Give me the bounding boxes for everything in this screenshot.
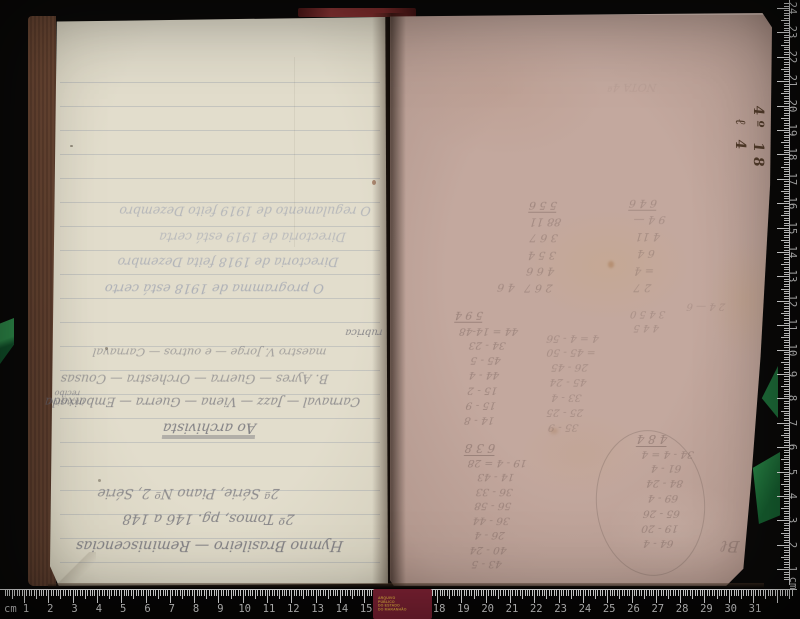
ruler-number: 8 — [786, 389, 798, 407]
ruler-tick — [104, 590, 105, 596]
ruler-tick — [187, 590, 188, 596]
paper-stain — [550, 428, 558, 434]
ruler-tick — [26, 590, 27, 596]
ruler-tick — [605, 590, 606, 596]
ruler-number: 11 — [259, 603, 279, 615]
ruler-tick — [235, 590, 236, 596]
ruler-tick — [165, 590, 166, 596]
ruler-tick — [784, 311, 790, 312]
ruler-tick — [301, 590, 302, 596]
ruler-tick — [610, 590, 611, 596]
ruler-number: 22 — [526, 603, 546, 615]
ruler-tick — [119, 590, 120, 596]
ruler-tick — [500, 590, 501, 596]
ruler-tick — [46, 590, 47, 596]
ruler-number: 7 — [162, 603, 182, 615]
ruler-tick — [437, 590, 438, 603]
ruler-tick — [206, 590, 207, 599]
ruler-tick — [714, 590, 715, 596]
ruler-tick — [556, 590, 557, 596]
ruler-number: 14 — [332, 603, 352, 615]
ruler-tick — [474, 590, 475, 599]
ruler-tick — [544, 590, 545, 596]
ruler-tick — [784, 433, 790, 434]
ruler-number: 29 — [696, 603, 716, 615]
ruler-tick — [133, 590, 134, 599]
ruler-tick — [311, 590, 312, 596]
ruler-tick — [702, 590, 703, 596]
ruler-tick — [352, 590, 353, 599]
ruler-tick — [469, 590, 470, 596]
ruler-tick — [337, 590, 338, 596]
ruler-tick — [775, 590, 776, 596]
ruler-number: 5 — [113, 603, 133, 615]
ruler-tick — [607, 590, 608, 603]
ruler-tick — [632, 590, 633, 603]
green-support-left — [0, 318, 14, 364]
ruler-tick — [299, 590, 300, 596]
ruler-number: 11 — [786, 316, 798, 334]
ruler-number: 17 — [786, 170, 798, 188]
ruler-tick — [279, 590, 280, 599]
ruler-tick — [781, 411, 790, 412]
ruler-number: 24 — [786, 0, 798, 17]
ruler-tick — [333, 590, 334, 596]
ruler-tick — [602, 590, 603, 596]
ruler-tick — [68, 590, 69, 596]
ruler-tick — [731, 590, 732, 596]
ruler-tick — [447, 590, 448, 596]
ruler-tick — [211, 590, 212, 596]
ruler-tick — [60, 590, 61, 599]
ruler-number: 20 — [786, 97, 798, 115]
ruler-tick — [559, 590, 560, 603]
ruler-tick — [471, 590, 472, 596]
ruler-tick — [576, 590, 577, 596]
gutter-shadow — [372, 13, 406, 586]
ruler-number: 27 — [648, 603, 668, 615]
ruler-number: 19 — [453, 603, 473, 615]
ruler-tick — [663, 590, 664, 596]
archive-photo-scan: O regulamento de 1919 feito DezembroDire… — [0, 0, 800, 619]
ruler-tick — [781, 264, 790, 265]
ruler-tick — [369, 590, 370, 596]
ruler-tick — [772, 590, 773, 596]
ruler-tick — [622, 590, 623, 596]
ruler-tick — [296, 590, 297, 596]
ruler-tick — [56, 590, 57, 596]
ruler-tick — [148, 590, 149, 596]
ruler-tick — [177, 590, 178, 596]
paper-stain — [608, 261, 614, 268]
ruler-tick — [274, 590, 275, 596]
ruler-tick — [328, 590, 329, 599]
ruler-tick — [781, 142, 790, 143]
ruler-tick — [286, 590, 287, 596]
right-page — [390, 13, 772, 586]
ruler-number: 7 — [786, 414, 798, 432]
ruler-tick — [668, 590, 669, 599]
ruler-tick — [291, 590, 292, 603]
ruler-tick — [717, 590, 718, 599]
ruler-tick — [347, 590, 348, 596]
page-crease — [294, 57, 295, 247]
ruler-tick — [192, 590, 193, 596]
ruler-unit-label: cm — [4, 603, 17, 615]
ruler-tick — [141, 590, 142, 596]
ruler-tick — [175, 590, 176, 596]
ruler-tick — [128, 590, 129, 596]
ruler-tick — [721, 590, 722, 596]
ruler-tick — [520, 590, 521, 596]
ruler-tick — [9, 590, 10, 596]
ruler-tick — [7, 590, 8, 596]
right-ruler: cm 2423222120191817161514131211109876543… — [769, 0, 800, 589]
ruler-tick — [765, 590, 766, 599]
ruler-tick — [585, 590, 586, 596]
ruler-tick — [289, 590, 290, 596]
ruler-tick — [644, 590, 645, 599]
ruler-tick — [284, 590, 285, 596]
ruler-tick — [94, 590, 95, 596]
ruler-tick — [155, 590, 156, 596]
ruler-tick — [22, 590, 23, 596]
ruler-tick — [255, 590, 256, 599]
ruler-tick — [483, 590, 484, 596]
ruler-tick — [658, 590, 659, 596]
ruler-tick — [308, 590, 309, 596]
ruler-tick — [784, 481, 790, 482]
ruler-number: 21 — [502, 603, 522, 615]
ruler-tick — [784, 286, 790, 287]
ruler-tick — [488, 590, 489, 596]
ruler-number: 13 — [786, 267, 798, 285]
ruler-tick — [784, 335, 790, 336]
ruler-number: 20 — [478, 603, 498, 615]
ruler-tick — [82, 590, 83, 596]
ruler-tick — [245, 590, 246, 596]
ruler-tick — [440, 590, 441, 596]
ruler-tick — [367, 590, 368, 596]
ruler-tick — [65, 590, 66, 596]
ruler-number: 4 — [89, 603, 109, 615]
ruler-tick — [124, 590, 125, 596]
ruler-number: 2 — [786, 536, 798, 554]
ruler-number: 6 — [786, 438, 798, 456]
ruler-number: 16 — [786, 194, 798, 212]
ruler-tick — [784, 164, 790, 165]
ruler-tick — [478, 590, 479, 596]
ruler-tick — [432, 590, 433, 596]
ruler-tick — [777, 590, 778, 603]
ruler-tick — [646, 590, 647, 596]
ruler-tick — [435, 590, 436, 596]
ruler-tick — [340, 590, 341, 603]
ruler-tick — [768, 590, 769, 596]
ruler-tick — [784, 140, 790, 141]
ruler-tick — [12, 590, 13, 599]
ruler-tick — [97, 590, 98, 603]
ruler-number: 1 — [16, 603, 36, 615]
ruler-tick — [342, 590, 343, 596]
ruler-tick — [685, 590, 686, 596]
ruler-number: 23 — [551, 603, 571, 615]
ruler-tick — [466, 590, 467, 596]
ruler-tick — [143, 590, 144, 596]
ruler-tick — [75, 590, 76, 596]
ruler-tick — [160, 590, 161, 596]
ruler-number: 6 — [138, 603, 158, 615]
ruler-tick — [510, 590, 511, 603]
ruler-tick — [784, 530, 790, 531]
ruler-tick — [529, 590, 530, 596]
ruler-tick — [354, 590, 355, 596]
ruler-tick — [683, 590, 684, 596]
ruler-tick — [515, 590, 516, 596]
ruler-tick — [209, 590, 210, 596]
ruler-tick — [522, 590, 523, 599]
ruler-tick — [17, 590, 18, 596]
ruler-tick — [508, 590, 509, 596]
ruler-tick — [741, 590, 742, 599]
ruler-tick — [724, 590, 725, 596]
ruler-tick — [197, 590, 198, 596]
ruler-number: 8 — [186, 603, 206, 615]
ruler-tick — [781, 313, 790, 314]
ruler-number: 21 — [786, 72, 798, 90]
ruler-tick — [617, 590, 618, 596]
ruler-tick — [588, 590, 589, 596]
ruler-tick — [666, 590, 667, 596]
ruler-tick — [323, 590, 324, 596]
ruler-tick — [781, 69, 790, 70]
ruler-tick — [58, 590, 59, 596]
ruler-tick — [231, 590, 232, 599]
ruler-tick — [784, 384, 790, 385]
ruler-tick — [758, 590, 759, 596]
ruler-tick — [269, 590, 270, 596]
ruler-tick — [493, 590, 494, 596]
ruler-tick — [313, 590, 314, 596]
ruler-number: 9 — [786, 365, 798, 383]
ruler-number: 26 — [624, 603, 644, 615]
ruler-tick — [534, 590, 535, 603]
ruler-tick — [675, 590, 676, 596]
ruler-tick — [707, 590, 708, 596]
ruler-tick — [781, 240, 790, 241]
archive-stamp: ARQUIVO PÚBLICO DO ESTADO DO MARANHÃO — [373, 589, 432, 619]
ruler-number: 25 — [599, 603, 619, 615]
ruler-tick — [629, 590, 630, 596]
ruler-tick — [690, 590, 691, 596]
ruler-tick — [70, 590, 71, 596]
ruler-tick — [282, 590, 283, 596]
ruler-tick — [600, 590, 601, 596]
ruler-tick — [357, 590, 358, 596]
ruler-tick — [505, 590, 506, 596]
ruler-tick — [182, 590, 183, 599]
ruler-tick — [700, 590, 701, 596]
ruler-tick — [549, 590, 550, 596]
ruler-tick — [457, 590, 458, 596]
ruler-tick — [31, 590, 32, 596]
ruler-tick — [763, 590, 764, 596]
ruler-tick — [784, 408, 790, 409]
ruler-tick — [199, 590, 200, 596]
ruler-number: 19 — [786, 121, 798, 139]
ruler-tick — [240, 590, 241, 596]
ruler-tick — [692, 590, 693, 599]
ruler-tick — [77, 590, 78, 596]
ruler-tick — [580, 590, 581, 596]
ruler-tick — [784, 67, 790, 68]
ruler-tick — [63, 590, 64, 596]
ruler-tick — [464, 590, 465, 596]
ruler-tick — [781, 45, 790, 46]
ruler-tick — [53, 590, 54, 596]
ruler-tick — [316, 590, 317, 603]
ruler-tick — [784, 189, 790, 190]
ruler-tick — [719, 590, 720, 596]
ruler-tick — [784, 237, 790, 238]
ruler-tick — [126, 590, 127, 596]
ruler-tick — [583, 590, 584, 603]
ruler-tick — [138, 590, 139, 596]
ruler-tick — [784, 457, 790, 458]
ruler-tick — [260, 590, 261, 596]
ruler-tick — [252, 590, 253, 596]
ruler-tick — [335, 590, 336, 596]
ruler-number: 9 — [210, 603, 230, 615]
ruler-tick — [204, 590, 205, 596]
ruler-tick — [726, 590, 727, 596]
ruler-tick — [216, 590, 217, 596]
ruler-tick — [107, 590, 108, 596]
ruler-tick — [39, 590, 40, 596]
ruler-tick — [153, 590, 154, 596]
ruler-tick — [542, 590, 543, 596]
ruler-tick — [459, 590, 460, 596]
ruler-tick — [452, 590, 453, 596]
ruler-tick — [781, 557, 790, 558]
ruler-tick — [364, 590, 365, 603]
ruler-tick — [221, 590, 222, 596]
ruler-tick — [476, 590, 477, 596]
ruler-tick — [784, 91, 790, 92]
ruler-tick — [651, 590, 652, 596]
ruler-tick — [491, 590, 492, 596]
ruler-tick — [781, 337, 790, 338]
ruler-tick — [709, 590, 710, 596]
ruler-tick — [595, 590, 596, 599]
ruler-tick — [687, 590, 688, 596]
ruler-tick — [781, 93, 790, 94]
ruler-tick — [784, 359, 790, 360]
ruler-tick — [624, 590, 625, 596]
ruler-tick — [5, 590, 6, 596]
ruler-tick — [729, 590, 730, 603]
ruler-tick — [781, 386, 790, 387]
ruler-tick — [223, 590, 224, 596]
stamp-line: DO MARANHÃO — [378, 608, 407, 612]
ruler-tick — [92, 590, 93, 596]
ruler-tick — [250, 590, 251, 596]
ruler-tick — [272, 590, 273, 596]
ruler-tick — [563, 590, 564, 596]
ruler-tick — [784, 42, 790, 43]
ruler-tick — [753, 590, 754, 603]
ruler-tick — [649, 590, 650, 596]
ruler-tick — [661, 590, 662, 596]
ruler-tick — [554, 590, 555, 596]
ruler-tick — [593, 590, 594, 596]
ruler-tick — [614, 590, 615, 596]
ruler-tick — [532, 590, 533, 596]
ruler-tick — [781, 508, 790, 509]
ruler-tick — [189, 590, 190, 596]
ruler-tick — [359, 590, 360, 596]
ruler-tick — [303, 590, 304, 599]
ruler-tick — [597, 590, 598, 596]
corner-fold — [50, 552, 96, 586]
ruler-tick — [85, 590, 86, 599]
ruler-tick — [781, 167, 790, 168]
ruler-tick — [184, 590, 185, 596]
ruler-tick — [755, 590, 756, 596]
ruler-number: 24 — [575, 603, 595, 615]
ruler-tick — [578, 590, 579, 596]
ruler-tick — [214, 590, 215, 596]
ruler-tick — [265, 590, 266, 596]
ruler-tick — [781, 362, 790, 363]
ruler-tick — [784, 213, 790, 214]
ruler-tick — [262, 590, 263, 596]
ruler-number: 5 — [786, 463, 798, 481]
ruler-tick — [318, 590, 319, 596]
ruler-tick — [781, 191, 790, 192]
ruler-tick — [590, 590, 591, 596]
ruler-tick — [670, 590, 671, 596]
ruler-number: 10 — [235, 603, 255, 615]
ruler-number: 31 — [745, 603, 765, 615]
ruler-tick — [568, 590, 569, 596]
ruler-tick — [51, 590, 52, 596]
left-page — [50, 17, 388, 586]
ruler-tick — [539, 590, 540, 596]
ruler-tick — [114, 590, 115, 596]
ruler-number: 4 — [786, 487, 798, 505]
ruler-tick — [226, 590, 227, 596]
ruler-tick — [146, 590, 147, 603]
ruler-number: 28 — [672, 603, 692, 615]
ruler-tick — [116, 590, 117, 596]
ruler-tick — [784, 555, 790, 556]
ruler-tick — [527, 590, 528, 596]
ruler-tick — [546, 590, 547, 599]
ruler-tick — [781, 215, 790, 216]
ruler-tick — [345, 590, 346, 596]
ruler-tick — [267, 590, 268, 603]
ruler-tick — [712, 590, 713, 596]
ruler-tick — [634, 590, 635, 596]
ruler-tick — [172, 590, 173, 596]
ruler-tick — [697, 590, 698, 596]
ruler-tick — [641, 590, 642, 596]
ruler-tick — [784, 506, 790, 507]
ruler-tick — [784, 115, 790, 116]
ruler-tick — [537, 590, 538, 596]
ruler-tick — [781, 20, 790, 21]
